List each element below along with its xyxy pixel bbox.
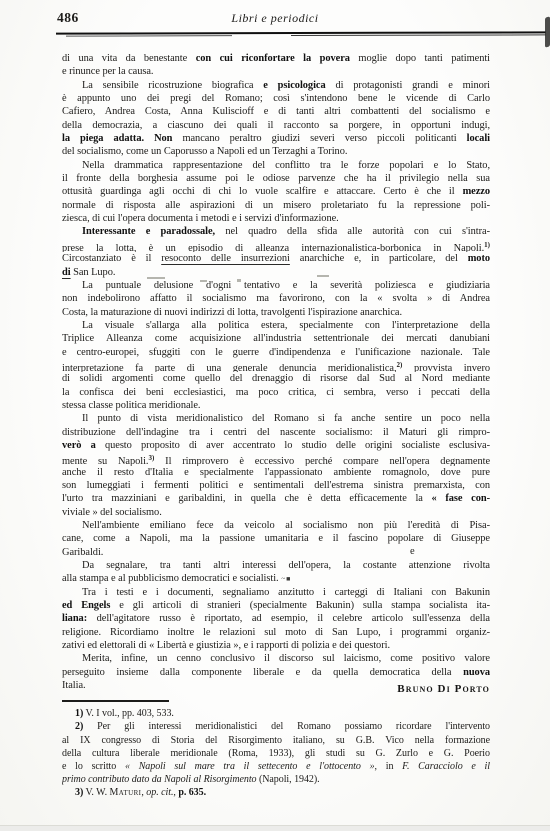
scan-bottom-edge: [0, 825, 550, 831]
text-line: Interessante e paradossale, nel quadro d…: [62, 225, 490, 238]
text-run: La sensibile ricostruzione biografica: [82, 80, 263, 91]
text-line: distribuzione dell'indagine tra i centri…: [62, 426, 490, 439]
scan-edge-artifact: [545, 16, 550, 48]
text-line: 3) V. W. Maturi, op. cit., p. 635.: [62, 786, 490, 799]
text-run: V. W.: [83, 787, 109, 798]
text-run: interpretazione fa parte di una generale…: [62, 363, 397, 372]
paragraph: Il punto di vista meridionalistico del R…: [62, 412, 490, 519]
pencil-mark: [237, 279, 241, 282]
text-line: son lumeggiati i fermenti politici e sen…: [62, 479, 490, 492]
text-run: alla stampa e al pubblicismo democratici…: [62, 573, 279, 584]
pencil-mark: [317, 275, 329, 277]
text-line: Garibaldi.: [62, 546, 490, 559]
text-run: ottusità guardinga agli occhi di chi lo …: [62, 186, 463, 197]
text-line: e centro-europei, sfuggiti con le guerre…: [62, 346, 490, 359]
text-run: nel quadro della sfida alle autorità con…: [215, 226, 490, 237]
text-line: non indebolirono affatto il socialismo m…: [62, 292, 490, 305]
reviewer-signature: Bruno Di Porto: [62, 683, 490, 695]
text-run: normale di risposta alle aspirazioni di …: [62, 200, 490, 211]
text-run: Nella drammatica rappresentazione del co…: [82, 160, 490, 171]
text-run: Nell'ambiente emiliano fece da veicolo a…: [82, 520, 490, 531]
text-run: V. I vol., pp. 403, 533.: [83, 708, 174, 719]
text-run: mancano peraltro giudizi severi verso pi…: [172, 133, 466, 144]
text-run: e psicologica: [263, 80, 325, 91]
text-run: verò a: [62, 440, 96, 451]
text-line: la piega adatta. Non mancano peraltro gi…: [62, 132, 490, 145]
paragraph: La puntuale delusione d'ogni tentativo e…: [62, 279, 490, 319]
text-line: 2) Per gli interessi meridionalistici de…: [62, 720, 490, 733]
text-line: alla stampa e al pubblicismo democratici…: [62, 572, 490, 585]
text-run: ed Engels: [62, 600, 110, 611]
text-run: di una vita da benestante: [62, 53, 196, 64]
text-line: Costa, la maturazione di nuovi indirizzi…: [62, 306, 490, 319]
pencil-mark: [200, 280, 207, 282]
text-run: e rinunce per la causa.: [62, 66, 153, 77]
text-run: con cui riconfortare la povera: [196, 53, 350, 64]
text-line: prese la lotta, è un episodio di alleanz…: [62, 239, 490, 252]
text-run: Costa, la maturazione di nuovi indirizzi…: [62, 307, 402, 318]
text-line: verò a questo proposito di aver accentra…: [62, 439, 490, 452]
text-line: Da segnalare, tra tanti altri interessi …: [62, 559, 490, 572]
paragraph: di una vita da benestante con cui riconf…: [62, 52, 490, 79]
text-run: di solidi argomenti come quello del dren…: [62, 373, 490, 384]
text-line: Triplice Alleanza come acquisizione all'…: [62, 332, 490, 345]
text-run: stessa classe politica meridionale.: [62, 400, 200, 411]
text-run: 1): [75, 708, 83, 719]
text-run: è appunto uno dei pregi del Romano; così…: [62, 93, 490, 104]
text-run: e centro-europei, sfuggiti con le guerre…: [62, 347, 490, 358]
text-run: 1): [484, 241, 490, 249]
text-line: perseguito insieme dalla componente libe…: [62, 666, 490, 679]
text-run: La puntuale delusione d'ogni tentativo e…: [82, 280, 490, 291]
paragraph: Tra i testi e i documenti, segnaliamo an…: [62, 586, 490, 653]
text-run: Merita, infine, un cenno conclusivo il d…: [82, 653, 490, 664]
text-run: dell'agitatore russo è riportato, ad ese…: [87, 613, 490, 624]
text-run: della democrazia, a ciascuno dei quali i…: [62, 120, 490, 131]
text-line: La puntuale delusione d'ogni tentativo e…: [62, 279, 490, 292]
stray-character-artifact: e: [410, 546, 415, 557]
text-line: è appunto uno dei pregi del Romano; così…: [62, 92, 490, 105]
text-line: primo contributo dato da Napoli al Risor…: [62, 773, 490, 786]
text-line: zativi ed elettorali di « Libertà e gius…: [62, 639, 490, 652]
text-line: di solidi argomenti come quello del dren…: [62, 372, 490, 385]
text-run: op. cit.: [146, 787, 173, 798]
text-line: interpretazione fa parte di una generale…: [62, 359, 490, 372]
text-run: mezzo: [463, 186, 490, 197]
text-line: la confisca dei beni ecclesiastici, ma p…: [62, 386, 490, 399]
text-line: Nell'ambiente emiliano fece da veicolo a…: [62, 519, 490, 532]
text-line: al IX congresso di Storia del Risorgimen…: [62, 734, 490, 747]
text-run: provvista invero: [402, 363, 490, 372]
text-run: 2): [75, 721, 83, 732]
text-run: Il punto di vista meridionalistico del R…: [82, 413, 490, 424]
text-line: liana: dell'agitatore russo è riportato,…: [62, 612, 490, 625]
text-line: e lo scritto « Napoli sul mare tra il se…: [62, 760, 490, 773]
text-line: Cafiero, Andrea Costa, Anna Kuliscioff e…: [62, 105, 490, 118]
paragraph: 1) V. I vol., pp. 403, 533.: [62, 707, 490, 720]
text-line: ottusità guardinga agli occhi di chi lo …: [62, 185, 490, 198]
text-run: il fronte della borghesia assume poi le …: [62, 173, 490, 184]
paragraph: Interessante e paradossale, nel quadro d…: [62, 225, 490, 278]
paragraphs: di una vita da benestante con cui riconf…: [62, 52, 490, 693]
text-line: di San Lupo.: [62, 266, 490, 279]
footnote-separator: [62, 700, 169, 702]
paragraph: 3) V. W. Maturi, op. cit., p. 635.: [62, 786, 490, 799]
text-line: del socialismo, come un Caporusso a Napo…: [62, 145, 490, 158]
text-run: perseguito insieme dalla componente libe…: [62, 667, 463, 678]
text-line: Tra i testi e i documenti, segnaliamo an…: [62, 586, 490, 599]
text-run: zativi ed elettorali di « Libertà e gius…: [62, 640, 390, 651]
text-run: « fase con-: [432, 493, 490, 504]
text-run: Triplice Alleanza come acquisizione all'…: [62, 333, 490, 344]
text-run: questo proposito di aver accentrato lo s…: [96, 440, 490, 451]
text-run: viviale » del socialismo.: [62, 507, 162, 518]
paragraph: La sensibile ricostruzione biografica e …: [62, 79, 490, 159]
text-line: della cultura liberale meridionale (Roma…: [62, 747, 490, 760]
text-run: Tra i testi e i documenti, segnaliamo an…: [82, 587, 490, 598]
running-title: Libri e periodici: [0, 11, 550, 26]
text-run: Interessante e paradossale,: [82, 226, 215, 237]
text-run: liana:: [62, 613, 87, 624]
text-run: l'urto tra mazziniani e garibaldini, in …: [62, 493, 432, 504]
text-line: ziesca, di cui l'opera documenta i metod…: [62, 212, 490, 225]
paragraph: La visuale s'allarga alla politica ester…: [62, 319, 490, 412]
text-run: anarchiche e, in particolare, del: [290, 253, 468, 264]
text-run: e lo scritto: [62, 761, 125, 772]
text-run: mente su Napoli.: [62, 456, 149, 465]
review-text: di una vita da benestante con cui riconf…: [62, 52, 490, 799]
text-run: cane, come a Napoli, ma la passione uman…: [62, 533, 490, 544]
paragraph: Nella drammatica rappresentazione del co…: [62, 159, 490, 226]
text-line: il fronte della borghesia assume poi le …: [62, 172, 490, 185]
text-run: 3): [75, 787, 83, 798]
footnotes: 1) V. I vol., pp. 403, 533.2) Per gli in…: [62, 707, 490, 799]
text-line: viviale » del socialismo.: [62, 506, 490, 519]
text-line: stessa classe politica meridionale.: [62, 399, 490, 412]
text-run: locali: [467, 133, 490, 144]
text-run: Circostanziato è il: [62, 253, 161, 264]
text-line: mente su Napoli.3) Il rimprovero è ecces…: [62, 452, 490, 465]
text-run: moglie dopo tanti patimenti: [350, 53, 490, 64]
text-run: la piega adatta. Non: [62, 133, 172, 144]
text-line: l'urto tra mazziniani e garibaldini, in …: [62, 492, 490, 505]
text-run: Da segnalare, tra tanti altri interessi …: [82, 560, 490, 571]
text-run: ziesca, di cui l'opera documenta i metod…: [62, 213, 339, 224]
text-run: di protagonisti grandi e minori: [326, 80, 490, 91]
text-run: resoconto delle insurrezioni: [161, 253, 290, 264]
text-line: anche il resto d'Italia e specialmente l…: [62, 466, 490, 479]
text-run: « Napoli sul mare tra il settecento e l'…: [125, 761, 375, 772]
header-rule: [56, 31, 546, 34]
paragraph: Da segnalare, tra tanti altri interessi …: [62, 559, 490, 586]
text-line: ed Engels e gli articoli di stranieri (s…: [62, 599, 490, 612]
text-run: moto: [468, 253, 490, 264]
text-run: la confisca dei beni ecclesiastici, ma p…: [62, 387, 490, 398]
text-run: p. 635.: [178, 787, 206, 798]
text-run: , in: [375, 761, 403, 772]
text-run: Cafiero, Andrea Costa, Anna Kuliscioff e…: [62, 106, 490, 117]
text-line: Il punto di vista meridionalistico del R…: [62, 412, 490, 425]
text-line: di una vita da benestante con cui riconf…: [62, 52, 490, 65]
text-run: F. Caracciolo e il: [402, 761, 490, 772]
text-line: Nella drammatica rappresentazione del co…: [62, 159, 490, 172]
text-line: Circostanziato è il resoconto delle insu…: [62, 252, 490, 265]
text-line: 1) V. I vol., pp. 403, 533.: [62, 707, 490, 720]
text-run: Maturi: [109, 787, 141, 798]
text-line: e rinunce per la causa.: [62, 65, 490, 78]
text-run: al IX congresso di Storia del Risorgimen…: [62, 735, 490, 746]
text-line: La sensibile ricostruzione biografica e …: [62, 79, 490, 92]
text-run: San Lupo.: [71, 267, 116, 278]
text-run: non indebolirono affatto il socialismo m…: [62, 293, 490, 304]
pencil-mark: [147, 277, 165, 279]
text-line: religione. Ricordiamo inoltre le relazio…: [62, 626, 490, 639]
text-run: primo contributo dato da Napoli al Risor…: [62, 774, 257, 785]
paragraph: 2) Per gli interessi meridionalistici de…: [62, 720, 490, 786]
text-run: prese la lotta, è un episodio di alleanz…: [62, 243, 484, 252]
scanned-book-page: 486 Libri e periodici di una vita da ben…: [0, 0, 550, 831]
text-run: ~■: [279, 575, 292, 583]
text-run: (Napoli, 1942).: [257, 774, 320, 785]
text-run: della cultura liberale meridionale (Roma…: [62, 748, 490, 759]
text-run: di: [62, 267, 71, 278]
text-run: nuova: [463, 667, 490, 678]
text-run: e gli articoli di stranieri (specialment…: [110, 600, 490, 611]
text-line: cane, come a Napoli, ma la passione uman…: [62, 532, 490, 545]
text-run: anche il resto d'Italia e specialmente l…: [62, 467, 490, 478]
text-run: son lumeggiati i fermenti politici e sen…: [62, 480, 490, 491]
text-line: La visuale s'allarga alla politica ester…: [62, 319, 490, 332]
text-line: Merita, infine, un cenno conclusivo il d…: [62, 652, 490, 665]
text-line: della democrazia, a ciascuno dei quali i…: [62, 119, 490, 132]
text-run: Per gli interessi meridionalistici del R…: [83, 721, 490, 732]
text-run: religione. Ricordiamo inoltre le relazio…: [62, 627, 490, 638]
text-run: Garibaldi.: [62, 547, 103, 558]
text-run: La visuale s'allarga alla politica ester…: [82, 320, 490, 331]
text-line: normale di risposta alle aspirazioni di …: [62, 199, 490, 212]
paragraph: Nell'ambiente emiliano fece da veicolo a…: [62, 519, 490, 559]
text-run: distribuzione dell'indagine tra i centri…: [62, 427, 490, 438]
text-run: Il rimprovero è eccessivo perché compare…: [154, 456, 490, 465]
text-run: del socialismo, come un Caporusso a Napo…: [62, 146, 347, 157]
